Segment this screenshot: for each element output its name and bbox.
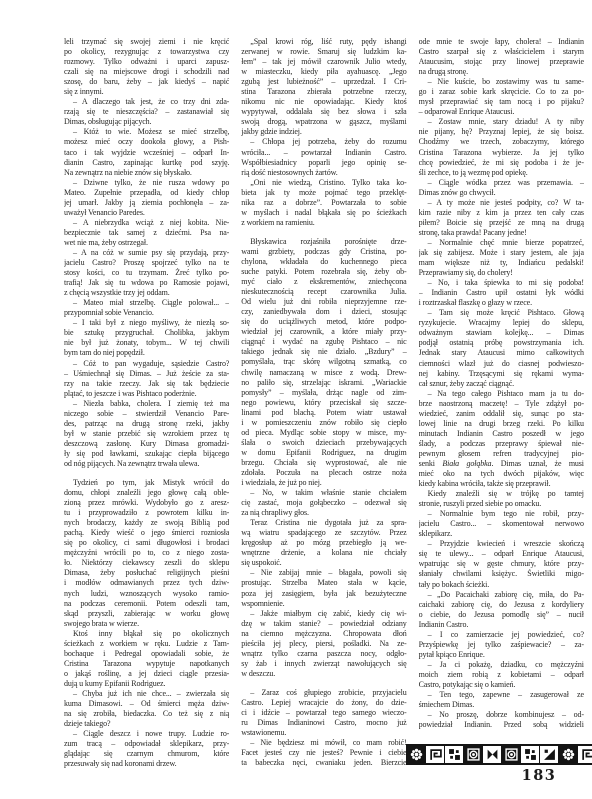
text-line: o ciebie, do Jezusa pomodlę się” – nucił: [419, 610, 584, 620]
text-line: domu, chłopi znaleźli jego głowę całą ob…: [64, 488, 229, 498]
text-line: przesuwały się nad koronami drzew.: [64, 759, 229, 769]
text-line: od nóg pijących. Na zewnątrz trwała ulew…: [64, 459, 229, 469]
text-line: deszczową zasłonę. Kury Dimasa gromadzi-: [64, 439, 229, 449]
ornament-tile-pinwheel-icon: [521, 746, 539, 763]
text-line: „Spal krowi róg, liść ruty, pędy ishangi: [241, 37, 406, 47]
text-line: wiedział jej czarownik, a które miały pr…: [241, 327, 406, 337]
text-line: Od wielu już dni robiła nieprzyjemne rze…: [241, 297, 406, 307]
text-line: bezpiecznie tak samej z dziećmi. Psa na-: [64, 228, 229, 238]
text-line: nych brodaczy, każdy ze swoją Biblią pod: [64, 518, 229, 528]
text-line: bochaque i Pedregal opowiadali sobie, że: [64, 649, 229, 659]
text-line: – odparował Enrique Ataucusi.: [419, 107, 584, 117]
text-line: – A dlaczego tak jest, że co trzy dni zd…: [64, 97, 229, 107]
text-line: dzę w takim stanie? – powiedział odziany: [241, 619, 406, 629]
text-line: stosy kości, co tu trzymam. Żreć tylko p…: [64, 268, 229, 278]
text-line: – „Do Pacaichaki zabiorę cię, miła, do P…: [419, 590, 584, 600]
section-gap: [241, 228, 406, 237]
text-line: Ataucusim, stojąc przy linowej przeprawi…: [419, 57, 584, 67]
text-line: – A ty może nie jesteś podpity, co? W ta…: [419, 198, 584, 208]
ornament-tile-eye-icon: [502, 746, 520, 763]
text-line: – Nie zabijaj mnie – błagała, powoli się: [241, 568, 406, 578]
ornament-tile-meander-icon: [426, 746, 444, 763]
text-line: i modłów odmawianych przez tych dziw-: [64, 578, 229, 588]
text-line: nych ludzi, wznoszących wysoko ramio-: [64, 589, 229, 599]
text-line: ciemności wlazł już do ciasnej podwieszo…: [419, 359, 584, 369]
text-line: tały po bokach ścieżki.: [419, 580, 584, 590]
text-line: – Nie będziesz mi mówił, co mam robić!: [241, 738, 406, 748]
text-line: nikomu nic nie opowiadając. Kiedy ktoś: [241, 97, 406, 107]
text-line: – Chłopa jej potrzeba, żeby do rozumu: [241, 137, 406, 147]
text-line: i wiedziała, że już po niej.: [241, 478, 406, 488]
text-line: nika raz a dobrze”. Powtarzała to sobie: [241, 198, 406, 208]
section-gap: [64, 469, 229, 478]
text-line: kim razie niby z kim ja przez ten cały c…: [419, 208, 584, 218]
text-line: sklepikarz.: [419, 529, 584, 539]
text-line: nie pijany, hę? Przyznaj lepiej, że się …: [419, 127, 584, 137]
text-line: ta babeczka nęci, cwaniaku jeden. Bierzc…: [241, 758, 406, 768]
text-line: łem” – tak jej mówił czarownik Julio wte…: [241, 57, 406, 67]
text-line: Przeprawiamy się, do cholery!: [419, 268, 584, 278]
text-line: des, patrząc na drugą stronę rzeki, jakb…: [64, 419, 229, 429]
text-line: – Tam się może kręcić Pishtaco. Głową: [419, 308, 584, 318]
text-line: – Mateo miał strzelbę. Ciągle polował...…: [64, 298, 229, 308]
text-line: wpatrując się w gęste chmury, które przy…: [419, 559, 584, 569]
text-line: „Oni nie wiedzą, Cristino. Tylko taka ko…: [241, 178, 406, 188]
text-line: – A niebrzydka wciąż z niej kobita. Nie-: [64, 218, 229, 228]
text-line: wą wiatru spadającego ze szczytów. Przez: [241, 528, 406, 538]
text-line: swoją drogą, wpatrzona w gąszcz, myślami: [241, 117, 406, 127]
text-line: ślała o swoich dzieciach przebywających: [241, 438, 406, 448]
text-line: z workiem na ramieniu.: [241, 218, 406, 228]
text-line: ru Dimas Indianinowi Castro, mocno już: [241, 718, 406, 728]
text-line: rzy na takie rzeczy. Jak się tak będziec…: [64, 379, 229, 389]
text-line: Na zewnątrz na niebie znów się błyskało.: [64, 168, 229, 178]
text-line: no paliło się, strzelając iskrami. „Wari…: [241, 378, 406, 388]
text-line: sy żab i innych zwierząt nawołujących si…: [241, 659, 406, 669]
text-line: minutach Indianin Castro poszedł w jego: [419, 429, 584, 439]
text-line: – Cóż to pan wygaduje, sąsiedzie Castro?: [64, 359, 229, 369]
text-line: Castro, potykając się o kamień.: [419, 680, 584, 690]
text-line: chylona, wkładała do kuchennego pieca: [241, 257, 406, 267]
text-line: stina Tarazona zbierała potrzebne rzeczy…: [241, 87, 406, 97]
text-line: się te ulewy... – odparł Enrique Ataucus…: [419, 549, 584, 559]
section-gap: [241, 679, 406, 688]
text-line: możesz mieć oczy dookoła głowy, a Pish-: [64, 137, 229, 147]
text-line: z chęcią wszystkie trzy jej oddam.: [64, 288, 229, 298]
text-line: moich ziem robią z kobietami – odparł: [419, 670, 584, 680]
text-line: mieć oko na tych dwóch pijaków, więc: [419, 469, 584, 479]
text-line: chwilę namaczaną w misce z wodą. Drew-: [241, 368, 406, 378]
text-line: Mateo. Zupełnie przepadła, od kiedy chło…: [64, 188, 229, 198]
text-line: na drugą stronę.: [419, 67, 584, 77]
text-line: – Niezła babka, cholera. I ziemię też ma: [64, 399, 229, 409]
text-line: – No, w takim właśnie stanie chciałem: [241, 488, 406, 498]
text-line: – Ja ci pokażę, dziadku, co mężczyźni: [419, 660, 584, 670]
text-line: odważnym stawiam kolejkę... – Dimas: [419, 328, 584, 338]
text-line: piłem? Boicie się przejść ze mną na drug…: [419, 218, 584, 228]
text-line: – Zaraz coś głupiego zrobicie, przyjacie…: [241, 688, 406, 698]
text-line: czali się na miejscowe drogi i schodzili…: [64, 67, 229, 77]
text-line: Dimasa, żeby posłuchać religijnych pieśn…: [64, 568, 229, 578]
text-line: tu i przyprowadziło z powrotem kilku in-: [64, 508, 229, 518]
text-line: na podczas ceremonii. Potem odeszli tam,: [64, 599, 229, 609]
text-line: – I taki był z niego myśliwy, że niezłą …: [64, 318, 229, 328]
text-line: Przyśpiewkę jej tylko zaśpiewacie? – za-: [419, 640, 584, 650]
text-line: leli trzymać się swojej ziemi i nie kręc…: [64, 37, 229, 47]
text-line: wnątrz tylko czarna paszcza nocy, odgło-: [241, 649, 406, 659]
text-line: Tydzień po tym, jak Mistyk wrócił do: [64, 478, 229, 488]
text-line: – I co zamierzacie jej powiedzieć, co?: [419, 630, 584, 640]
ornament-band: [406, 744, 592, 765]
ornament-tile-bowtie-icon: [483, 746, 501, 763]
text-line: Chodźmy we trzech, zobaczymy, którego: [419, 137, 584, 147]
text-line: nego powiewu, który przeciskał się szcze…: [241, 398, 406, 408]
text-line: Teraz Cristina nie dygotała już za spra-: [241, 518, 406, 528]
text-line: od pieca. Mydląc sobie stopy w misce, my…: [241, 428, 406, 438]
ornament-tile-flower-icon: [559, 746, 577, 763]
text-line: za nią chrapliwy głos.: [241, 508, 406, 518]
text-line: się z innymi.: [64, 87, 229, 97]
text-line: taco i tak wyjdzie wcześniej – odparł In…: [64, 148, 229, 158]
text-line: jacielu Castro? Proszę spojrzeć tylko na…: [64, 258, 229, 268]
text-line: słaniały chwilami księżyc. Świetliki mig…: [419, 569, 584, 579]
text-line: wnętrzne drżenie, a kolana nie chciały: [241, 548, 406, 558]
text-line: – Ten tego, zapewne – zasugerował ze: [419, 690, 584, 700]
text-line: zdołała. Poczuła na plecach ostrze noża: [241, 468, 406, 478]
ornament-tile-pinwheel-icon: [445, 746, 463, 763]
text-line: jej umarł. Jakby ją ziemia pochłonęła – …: [64, 198, 229, 208]
text-line: i w pomieszczeniu znów robiło się ciepło: [241, 418, 406, 428]
text-line: zerwanej w rowie. Smaruj się ludzkim ka-: [241, 47, 406, 57]
text-line: po okolicy, rezygnując z towarzystwa czy: [64, 47, 229, 57]
text-line: ślady, a podczas przeprawy śpiewał nie-: [419, 439, 584, 449]
text-line: – Dziwne tylko, że nie rusza wdowy po: [64, 178, 229, 188]
text-line: – Normalnie bym tego nie robił, przy-: [419, 509, 584, 519]
text-line: ryzykujecie. Wracajmy lepiej do sklepu,: [419, 318, 584, 328]
text-line: Błyskawica rozjaśniła porośnięte drze-: [241, 237, 406, 247]
text-line: niczego sobie – stwierdził Venancio Pare…: [64, 409, 229, 419]
text-line: w myślach i nadal błąkała się po ścieżka…: [241, 208, 406, 218]
text-line: ciągnąć i wydać na zgubę Pishtaco – nic: [241, 337, 406, 347]
text-line: wiedzieć, zanim oddalił się, sunąc po st…: [419, 409, 584, 419]
text-line: pomyślała, trąc skórę wilgotną szmatką, …: [241, 357, 406, 367]
text-line: kiedy kabina wróciła, także się przepraw…: [419, 479, 584, 489]
text-line: zioną przez mrówki. Wydobyło go z aresz-: [64, 498, 229, 508]
text-line: przypomniał sobie Venancio.: [64, 308, 229, 318]
text-line: – No, i taka śpiewka to mi się podoba!: [419, 278, 584, 288]
text-line: Facet jesteś czy nie jesteś? Pewnie i ci…: [241, 748, 406, 758]
text-line: – A na cóż w sumie psy się przydają, prz…: [64, 248, 229, 258]
text-line: – Normalnie chęć mnie bierze popatrzeć,: [419, 238, 584, 248]
text-line: nie był już żonaty, tobym... W tej chwil…: [64, 338, 229, 348]
text-line: nieskutecznością recept czarownika Julia…: [241, 287, 406, 297]
text-line: skąd przyszli, zabierając w worku głowę: [64, 609, 229, 619]
text-line: senki Biała gołąbka. Dimas uznał, że mus…: [419, 459, 584, 469]
text-line: brze naostrzoną maczetę! – Tyle zdążył p…: [419, 399, 584, 409]
text-line: powiedział Indianin. Przed sobą widzieli: [419, 720, 584, 730]
text-column: leli trzymać się swojej ziemi i nie kręc…: [64, 37, 229, 769]
text-line: pieściła jej plecy, piersi, pośladki. Na…: [241, 639, 406, 649]
text-line: jacielu Castro... – skomentował nerwowo: [419, 519, 584, 529]
text-line: mężczyźni wrócili po to, co z niego zost…: [64, 548, 229, 558]
text-line: na ciemno mężczyzna. Chropowata dłoń: [241, 629, 406, 639]
ornament-tile-diagonal-icon: [540, 746, 558, 763]
text-line: – Chyba już ich nie chce... – zwierzała …: [64, 689, 229, 699]
text-line: w miasteczku, kiedy piła ayahuascę. „Jeg…: [241, 67, 406, 77]
text-line: poza jej zasięgiem, była jak bezużyteczn…: [241, 589, 406, 599]
text-line: – Indianin Castro upił ostatni łyk wódki: [419, 288, 584, 298]
text-line: uważył Venancio Paredes.: [64, 208, 229, 218]
text-line: zum tracą – odpowiadał sklepikarz, przy-: [64, 739, 229, 749]
text-line: rozmowy. Tylko odważni i uparci zapusz-: [64, 57, 229, 67]
text-block: leli trzymać się swojej ziemi i nie kręc…: [64, 37, 584, 769]
text-line: – Uśmiechnął się Dimas. – Już żeście za …: [64, 369, 229, 379]
text-line: podjął ostatnią próbę powstrzymania ich.: [419, 338, 584, 348]
text-line: myć ciało z ekskrementów, zniechęcona: [241, 277, 406, 287]
text-line: cał sznur, żeby zacząć ciągnąć.: [419, 379, 584, 389]
text-line: szosę, do baru, żeby – jak kiedyś – napi…: [64, 77, 229, 87]
text-line: – Na tego całego Pishtaco mam ja tu do-: [419, 389, 584, 399]
text-line: mysł przeprawiać się tam nocą i po pijak…: [419, 97, 584, 107]
text-line: ły się pod ławkami, szukając ciepła biją…: [64, 449, 229, 459]
text-line: się do uciążliwych metod, które podpo-: [241, 317, 406, 327]
text-line: i roztrzaskał flaszkę o głazy w rzece.: [419, 298, 584, 308]
text-line: ode mnie te swoje łapy, cholera! – India…: [419, 37, 584, 47]
text-line: – Ciągle deszcz i nowe trupy. Ludzie ro-: [64, 729, 229, 739]
text-line: pytał kpiąco Enrique.: [419, 650, 584, 660]
text-line: stronie, ruszyli przed siebie po omacku.: [419, 499, 584, 509]
text-line: – Nie kuście, bo zostawimy was tu same-: [419, 77, 584, 87]
text-line: – Ciągle wódka przez was przemawia. –: [419, 178, 584, 188]
text-line: plątać, to jeszcze i was Pishtaco poderż…: [64, 389, 229, 399]
text-line: pewnym głosem refren tradycyjnej pio-: [419, 449, 584, 459]
book-page: leli trzymać się swojej ziemi i nie kręc…: [0, 0, 592, 799]
text-line: wypytywał, oddalała się bez słowa i szła: [241, 107, 406, 117]
text-line: swojego brata w wierze.: [64, 619, 229, 629]
text-line: mam większe niż ty, Indiańcu pedalski!: [419, 258, 584, 268]
text-line: caichaki zabiorę cię, do Jezusa z kordyl…: [419, 600, 584, 610]
text-line: rią dość niestosownych żartów.: [241, 168, 406, 178]
text-line: śmiechem Dimas.: [419, 700, 584, 710]
text-line: wstawionemu.: [241, 728, 406, 738]
text-line: śli zechce, to ją wezmę pod opiekę.: [419, 168, 584, 178]
text-line: zgubą jest lubieżność” – uprzedzał. I Cr…: [241, 77, 406, 87]
text-line: Cristina Tarazona wypytuje napotkanych: [64, 659, 229, 669]
text-line: w domu Epifanii Rodriguez, na drugim: [241, 448, 406, 458]
text-line: dzieje takiego?: [64, 719, 229, 729]
text-line: – Jakże miałbym cię zabić, kiedy cię wi-: [241, 609, 406, 619]
text-line: na się zrobiła, biedaczka. Co też się z …: [64, 709, 229, 719]
text-line: linami pod blachą. Potem wiatr ustawał: [241, 408, 406, 418]
text-line: ci i idźcie – powtarzał tego samego wiec…: [241, 708, 406, 718]
text-line: Ktoś inny błąkał się po okolicznych: [64, 629, 229, 639]
text-line: nej kabiny. Trzęsącymi się rękami wyma-: [419, 369, 584, 379]
text-line: prostując. Strzelba Mateo stała w kącie,: [241, 578, 406, 588]
text-line: się uspokoić.: [241, 558, 406, 568]
text-line: trafią! Jak się tu wdowa po Ramosie poja…: [64, 278, 229, 288]
text-line: pomysły” – myślała, drżąc nagle od zim-: [241, 388, 406, 398]
text-line: wet nie ma, żeby ostrzegał.: [64, 238, 229, 248]
text-line: wami grzbiety, podczas gdy Cristina, po-: [241, 247, 406, 257]
text-line: bie sztukę przygruchał. Cholibka, jakbym: [64, 328, 229, 338]
text-line: był w stanie przebić się wzrokiem przez …: [64, 429, 229, 439]
text-line: Współbiesiadnicy poparli jego opinię se-: [241, 158, 406, 168]
text-line: Castro szarpał się z właścicielem i star…: [419, 47, 584, 57]
text-column: ode mnie te swoje łapy, cholera! – India…: [419, 37, 584, 769]
text-line: Dimas, obsługując pijących.: [64, 117, 229, 127]
text-line: jak się zabijesz. Może i stary jestem, a…: [419, 248, 584, 258]
text-line: lowej linie na drugi brzeg rzeki. Po kil…: [419, 419, 584, 429]
text-line: bym tam do niej popędził.: [64, 348, 229, 358]
text-line: kręgosłup aż po mózg przebiegło ją we-: [241, 538, 406, 548]
text-line: chcę powiedzieć, że mi się podoba i że j…: [419, 158, 584, 168]
ornament-tile-flower-icon: [407, 746, 425, 763]
text-line: kuma Dimasowi. – Od śmierci męża dziw-: [64, 699, 229, 709]
ornament-tile-eye-icon: [464, 746, 482, 763]
page-number: 183: [518, 767, 560, 784]
ornament-tile-meander-icon: [578, 746, 592, 763]
text-line: Kiedy znaleźli się w trójkę po tamtej: [419, 489, 584, 499]
text-line: wspomnienie.: [241, 599, 406, 609]
text-line: Jednak stary Ataucusi mimo całkowitych: [419, 348, 584, 358]
text-line: czy, zaniedbywała dom i dzieci, stosując: [241, 307, 406, 317]
text-line: dianin Castro, zapinając kurtkę pod szyj…: [64, 158, 229, 168]
text-line: o jakąś roślinę, a jej dzieci ciągle prz…: [64, 669, 229, 679]
text-line: bieta jak ty może pojmać tego przeklęt-: [241, 188, 406, 198]
text-column: „Spal krowi róg, liść ruty, pędy ishangi…: [241, 37, 406, 769]
text-line: Indianin Castro.: [419, 620, 584, 630]
text-line: – Zostaw mnie, stary dziadu! A ty niby: [419, 117, 584, 127]
text-line: ścieżkach z workiem w ręku. Ludzie z Tam…: [64, 639, 229, 649]
text-line: dują u kumy Epifanii Rodriguez.: [64, 679, 229, 689]
text-line: ło. Niektórzy ciekawscy zeszli do sklepu: [64, 558, 229, 568]
text-line: Dimas znów go chwycił.: [419, 188, 584, 198]
text-line: stronę, taka prawda! Pacany jedne!: [419, 228, 584, 238]
text-line: Castro. Lepiej wracajcie do żony, do dzi…: [241, 698, 406, 708]
text-line: – No proszę, dobrze kombinujesz – od-: [419, 710, 584, 720]
text-line: go i zaraz sobie kark skręcicie. Co to z…: [419, 87, 584, 97]
text-line: jakby gdzie indziej.: [241, 127, 406, 137]
text-line: – Przyjdzie kwiecień i wreszcie skończą: [419, 539, 584, 549]
text-line: – Któż to wie. Możesz se mieć strzelbę,: [64, 127, 229, 137]
text-line: takiego jednak się nie działo. „Bzdury” …: [241, 347, 406, 357]
text-line: cię zastać, moja gołąbeczko – odezwał si…: [241, 498, 406, 508]
text-line: Cristina Tarazona wybierze. Ja jej tylko: [419, 148, 584, 158]
text-line: rzają się te nieszczęścia? – zastanawiał…: [64, 107, 229, 117]
text-line: w deszczu.: [241, 669, 406, 679]
text-line: glądając się czarnym chmurom, które: [64, 749, 229, 759]
text-line: suche patyki. Potem rozebrała się, żeby …: [241, 267, 406, 277]
text-line: wróciła... – powtarzał Indianin Castro.: [241, 148, 406, 158]
text-line: się po okolicy, ci sami długowłosi i bro…: [64, 538, 229, 548]
text-line: pachą. Kiedy wieść o jego śmierci roznio…: [64, 528, 229, 538]
text-line: brzegu. Chciała się wyprostować, ale nie: [241, 458, 406, 468]
